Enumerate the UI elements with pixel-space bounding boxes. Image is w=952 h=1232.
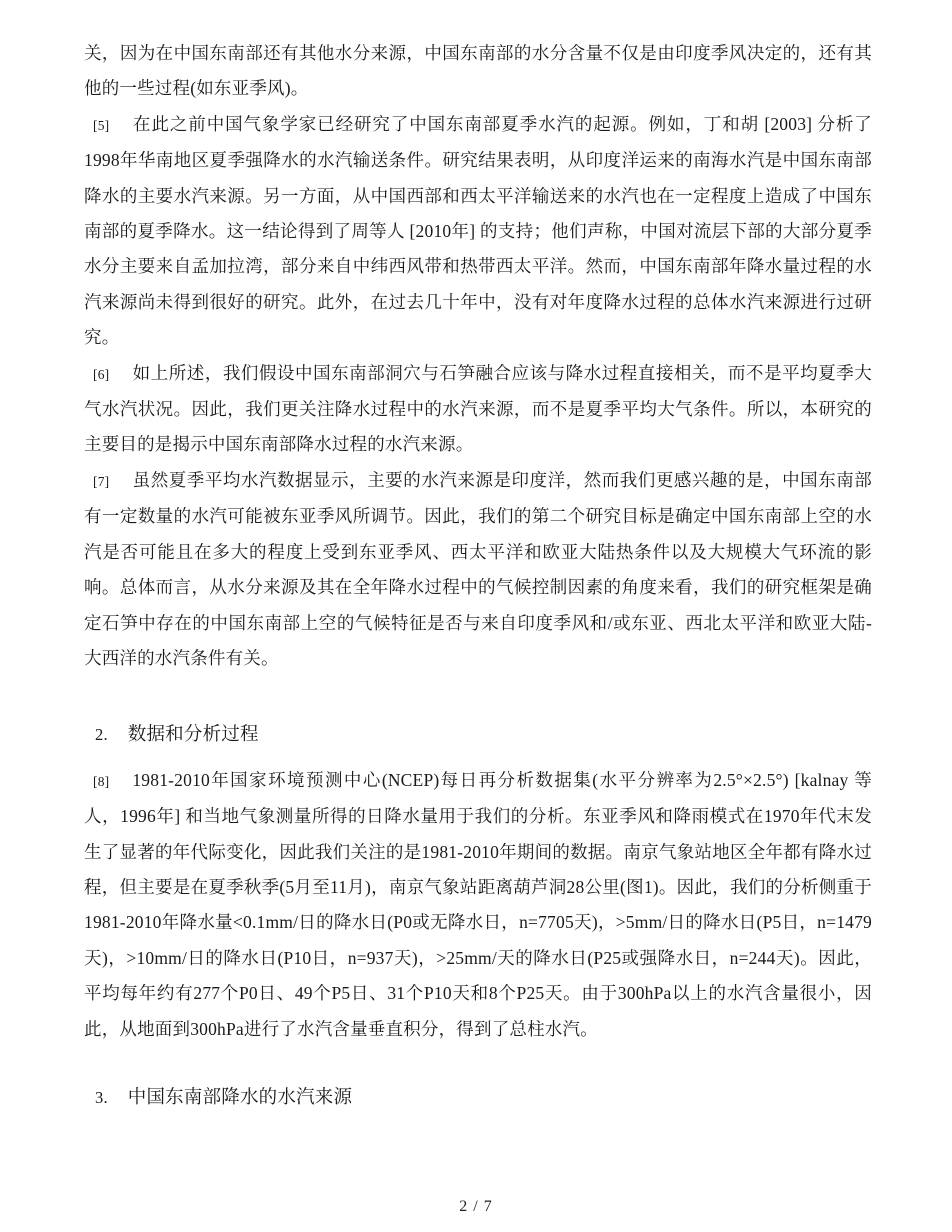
paragraph-text: 在此之前中国气象学家已经研究了中国东南部夏季水汽的起源。例如，丁和胡 [2003… [84, 114, 872, 347]
section-2-heading: 2.数据和分析过程 [84, 717, 872, 753]
paragraph-5-marker: [5] [84, 118, 132, 133]
section-2-title: 数据和分析过程 [128, 725, 259, 745]
paragraph-7: [7]虽然夏季平均水汽数据显示，主要的水汽来源是印度洋，然而我们更感兴趣的是，中… [84, 463, 872, 676]
section-3-title: 中国东南部降水的水汽来源 [128, 1088, 352, 1108]
paragraph-text: 关，因为在中国东南部还有其他水分来源，中国东南部的水分含量不仅是由印度季风决定的… [84, 43, 872, 98]
paragraph-5: [5]在此之前中国气象学家已经研究了中国东南部夏季水汽的起源。例如，丁和胡 [2… [84, 107, 872, 356]
paragraph-8-marker: [8] [84, 774, 132, 789]
paragraph-text: 如上所述，我们假设中国东南部洞穴与石笋融合应该与降水过程直接相关，而不是平均夏季… [84, 363, 872, 455]
section-3-number: 3. [84, 1088, 128, 1107]
page-body: 关，因为在中国东南部还有其他水分来源，中国东南部的水分含量不仅是由印度季风决定的… [84, 36, 872, 1116]
page-number: 2 / 7 [0, 1198, 952, 1216]
paragraph-continuation: 关，因为在中国东南部还有其他水分来源，中国东南部的水分含量不仅是由印度季风决定的… [84, 36, 872, 107]
section-2-number: 2. [84, 725, 128, 744]
paragraph-8: [8]1981-2010年国家环境预测中心(NCEP)每日再分析数据集(水平分辨… [84, 763, 872, 1047]
document-page: 关，因为在中国东南部还有其他水分来源，中国东南部的水分含量不仅是由印度季风决定的… [0, 0, 952, 1232]
section-3-heading: 3.中国东南部降水的水汽来源 [84, 1080, 872, 1116]
paragraph-6-marker: [6] [84, 367, 132, 382]
paragraph-text: 1981-2010年国家环境预测中心(NCEP)每日再分析数据集(水平分辨率为2… [84, 770, 872, 1039]
paragraph-6: [6]如上所述，我们假设中国东南部洞穴与石笋融合应该与降水过程直接相关，而不是平… [84, 356, 872, 463]
paragraph-7-marker: [7] [84, 474, 132, 489]
paragraph-text: 虽然夏季平均水汽数据显示，主要的水汽来源是印度洋，然而我们更感兴趣的是，中国东南… [84, 470, 872, 668]
